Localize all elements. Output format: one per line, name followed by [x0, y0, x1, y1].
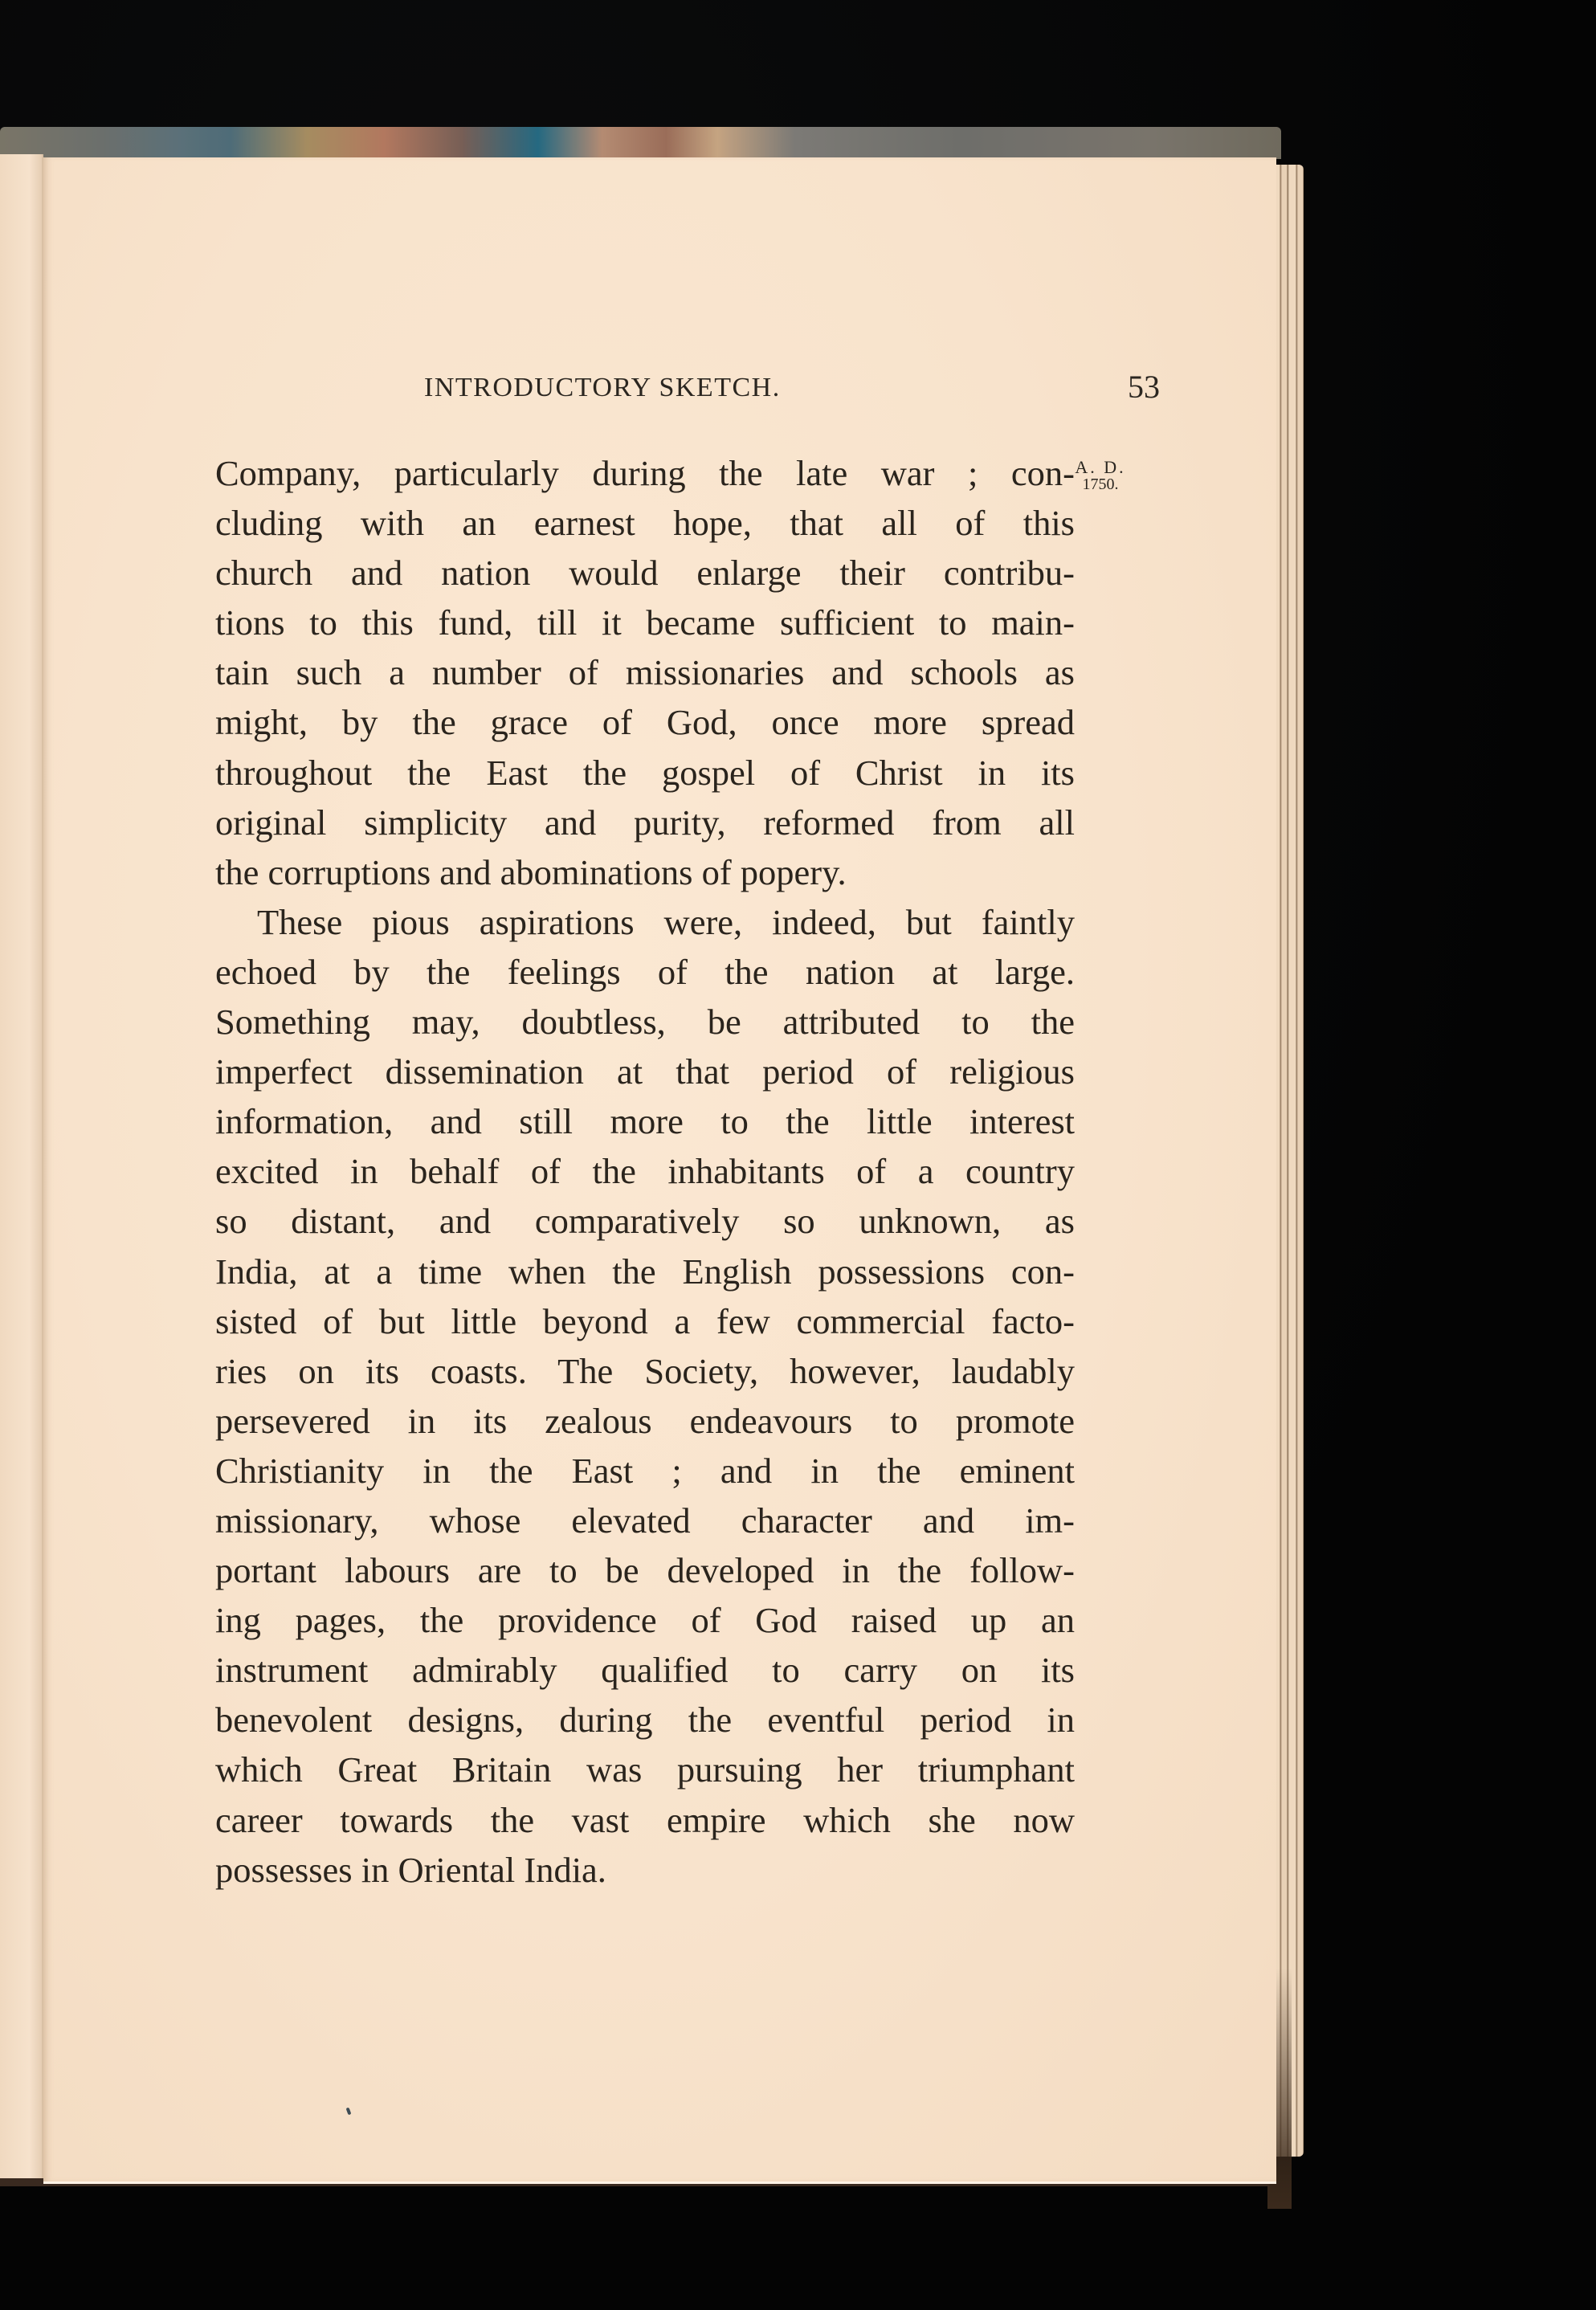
- page-number: 53: [1128, 368, 1160, 406]
- text-line: sisted of but little beyond a few commer…: [215, 1296, 1075, 1346]
- marbled-binding-edge: [0, 127, 1281, 159]
- text-line: cluding with an earnest hope, that all o…: [215, 498, 1075, 548]
- running-head: INTRODUCTORY SKETCH.: [424, 373, 781, 403]
- text-line: so distant, and comparatively so unknown…: [215, 1196, 1075, 1246]
- text-line: which Great Britain was pursuing her tri…: [215, 1745, 1075, 1794]
- text-line: excited in behalf of the inhabitants of …: [215, 1146, 1075, 1196]
- text-line: might, by the grace of God, once more sp…: [215, 697, 1075, 747]
- text-line: portant labours are to be developed in t…: [215, 1545, 1075, 1595]
- text-line: echoed by the feelings of the nation at …: [215, 947, 1075, 997]
- text-line: imperfect dissemination at that period o…: [215, 1047, 1075, 1096]
- text-line: Company, particularly during the late wa…: [215, 448, 1075, 498]
- text-line: ries on its coasts. The Society, however…: [215, 1346, 1075, 1396]
- text-line: tain such a number of missionaries and s…: [215, 647, 1075, 697]
- text-line: India, at a time when the English posses…: [215, 1247, 1075, 1296]
- paper-speck: [346, 2108, 352, 2116]
- text-line: church and nation would enlarge their co…: [215, 548, 1075, 598]
- text-line: benevolent designs, during the eventful …: [215, 1695, 1075, 1745]
- margin-note-era: A. D.: [1064, 458, 1137, 476]
- margin-note-year: 1750.: [1064, 476, 1137, 493]
- text-line: These pious aspirations were, indeed, bu…: [215, 897, 1075, 947]
- text-line: throughout the East the gospel of Christ…: [215, 748, 1075, 798]
- text-line: missionary, whose elevated character and…: [215, 1496, 1075, 1545]
- margin-note-date: A. D. 1750.: [1064, 458, 1137, 493]
- text-line: ing pages, the providence of God raised …: [215, 1595, 1075, 1645]
- text-line: Something may, doubtless, be attributed …: [215, 997, 1075, 1047]
- paragraph-2: These pious aspirations were, indeed, bu…: [215, 897, 1075, 1895]
- text-line: tions to this fund, till it became suffi…: [215, 598, 1075, 647]
- text-line: persevered in its zealous endeavours to …: [215, 1396, 1075, 1446]
- paragraph-1: Company, particularly during the late wa…: [215, 448, 1075, 897]
- page-stack-edge: [1273, 165, 1304, 2157]
- left-page-edge: [0, 154, 43, 2178]
- text-line: information, and still more to the littl…: [215, 1096, 1075, 1146]
- text-line: Christianity in the East ; and in the em…: [215, 1446, 1075, 1496]
- book-page: INTRODUCTORY SKETCH. 53 A. D. 1750. Comp…: [43, 157, 1276, 2184]
- text-line: possesses in Oriental India.: [215, 1845, 1075, 1895]
- text-line: original simplicity and purity, reformed…: [215, 798, 1075, 847]
- text-line: the corruptions and abominations of pope…: [215, 847, 1075, 897]
- text-line: instrument admirably qualified to carry …: [215, 1645, 1075, 1695]
- text-line: career towards the vast empire which she…: [215, 1795, 1075, 1845]
- body-text: Company, particularly during the late wa…: [215, 448, 1075, 1895]
